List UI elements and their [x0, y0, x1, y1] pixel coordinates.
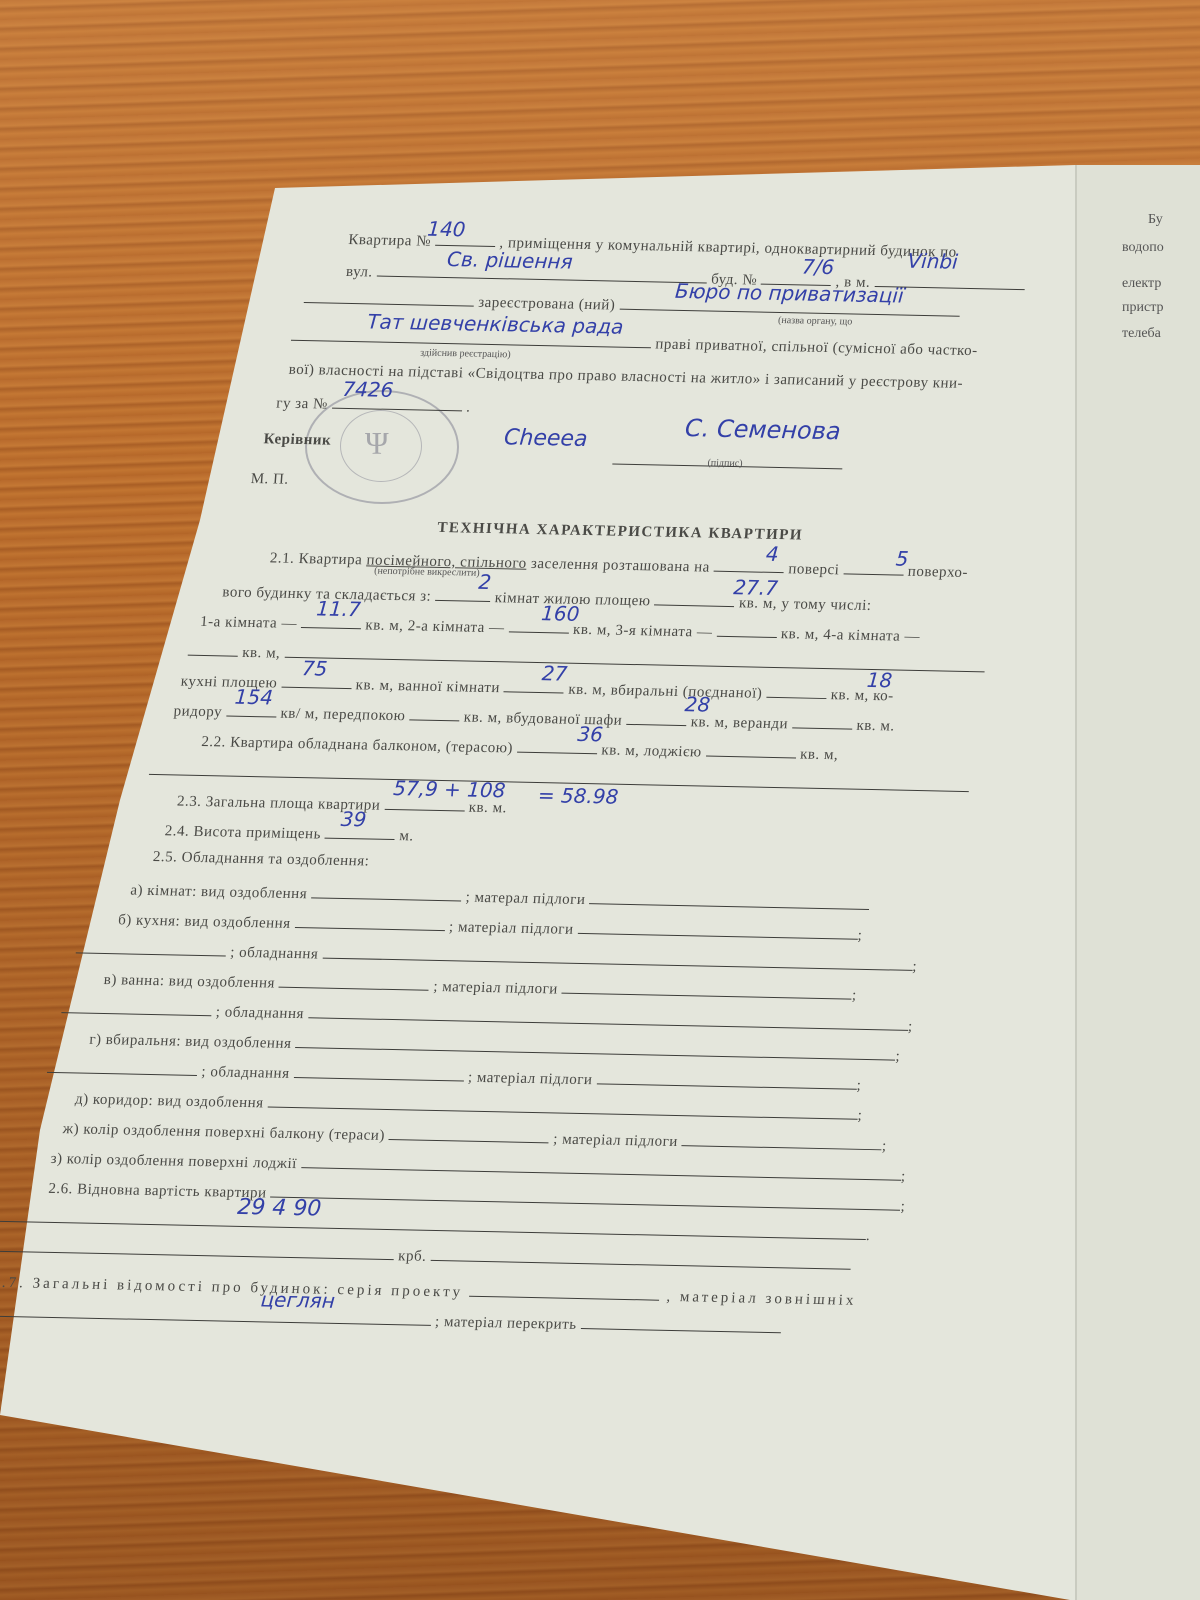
- floor-material-label: ; матеріал підлоги: [553, 1131, 679, 1150]
- street-value: Св. рішення: [446, 249, 573, 272]
- equipment-label: ; обладнання: [230, 945, 319, 963]
- register-number: 7426: [342, 379, 394, 400]
- loggia-unit: кв. м,: [800, 747, 839, 764]
- registered-label: зареєстрована (ний): [478, 295, 616, 314]
- bath-label: кв. м, ванної кімнати: [355, 677, 500, 696]
- room2-area: 160: [541, 603, 581, 624]
- signature-caption: (підпис): [707, 459, 743, 470]
- balcony-area: 36: [577, 724, 604, 745]
- next-page-edge: [1075, 165, 1200, 1600]
- signature-name: С. Семенова: [684, 416, 841, 443]
- right-page-line: пристр: [1122, 300, 1164, 316]
- hall-label: кв/ м, передпокою: [280, 706, 406, 725]
- floor-material-label: ; матерал підлоги: [465, 890, 586, 908]
- equipment-label: ; обладнання: [201, 1064, 290, 1082]
- floor-material-label: ; матеріал підлоги: [448, 919, 574, 938]
- signature-mark: Сhеееа: [503, 427, 588, 451]
- living-area-value: 27.7: [733, 577, 779, 598]
- room1-label: 1-а кімната —: [200, 614, 298, 632]
- right-page-line: Бу: [1148, 212, 1163, 228]
- corridor-label: ридору: [173, 703, 223, 720]
- registration-value: Тат шевченківська рада: [367, 311, 624, 336]
- floor-value: 4: [765, 544, 779, 564]
- section-2-1-label: 2.1. Квартира: [269, 550, 362, 568]
- ceiling-material-label: ; матеріал перекрить: [435, 1314, 578, 1333]
- head-label: Керівник: [263, 432, 332, 448]
- section-2-4-label: 2.4. Висота приміщень: [164, 823, 321, 842]
- room3-label: кв. м, 3-я кімната —: [572, 622, 713, 641]
- trident-emblem-icon: Ψ: [365, 425, 389, 462]
- sqm-label: кв. м,: [242, 645, 281, 662]
- replacement-value: 29 4 90: [236, 1197, 322, 1221]
- floor-material-label: ; матеріал підлоги: [467, 1070, 593, 1089]
- organ-caption: (назва органу, що: [778, 316, 853, 328]
- equipment-label: ; обладнання: [215, 1004, 304, 1022]
- kitchen-area: 75: [301, 658, 328, 679]
- currency-unit: крб.: [398, 1248, 427, 1265]
- right-page-line: водопо: [1122, 240, 1164, 256]
- closet-area: 28: [684, 694, 711, 715]
- street-label: вул.: [345, 264, 373, 281]
- total-area-result: = 58.98: [537, 785, 619, 807]
- apartment-number: 140: [427, 219, 467, 240]
- room2-label: кв. м, 2-а кімната —: [365, 617, 505, 636]
- bath-area: 27: [541, 663, 568, 684]
- building-number: 7/6: [801, 256, 835, 277]
- room4-label: кв. м, 4-а кімната —: [780, 626, 920, 645]
- height-value: 39: [340, 809, 367, 830]
- registration-caption: здійснив реєстрацію): [420, 348, 511, 360]
- veranda-label: кв. м, веранди: [690, 714, 789, 732]
- floor-label: поверсі: [788, 561, 840, 578]
- city-value: Vinbi: [907, 251, 959, 272]
- registered-value: Бюро по приватизації: [674, 281, 904, 306]
- walls-material-value: цеглян: [260, 1289, 336, 1311]
- total-area-value: 57,9 + 108: [393, 778, 507, 800]
- storey-label: поверхо-: [907, 564, 968, 581]
- floor-material-label: ; матеріал підлоги: [433, 979, 559, 998]
- height-unit: м.: [399, 828, 414, 844]
- register-label: гу за №: [276, 395, 329, 412]
- total-floors-value: 5: [895, 548, 909, 568]
- right-page-line: телеба: [1122, 326, 1161, 342]
- apartment-label: Квартира №: [348, 232, 432, 250]
- stamp-label: М. П.: [250, 472, 289, 488]
- corridor-area: 154: [234, 687, 274, 708]
- toilet-area: 18: [866, 670, 893, 691]
- loggia-label: кв. м, лоджією: [601, 742, 702, 760]
- right-page-line: електр: [1122, 276, 1161, 292]
- room1-area: 11.7: [316, 598, 362, 619]
- rooms-value: 2: [478, 572, 492, 592]
- veranda-unit: кв. м.: [856, 718, 895, 735]
